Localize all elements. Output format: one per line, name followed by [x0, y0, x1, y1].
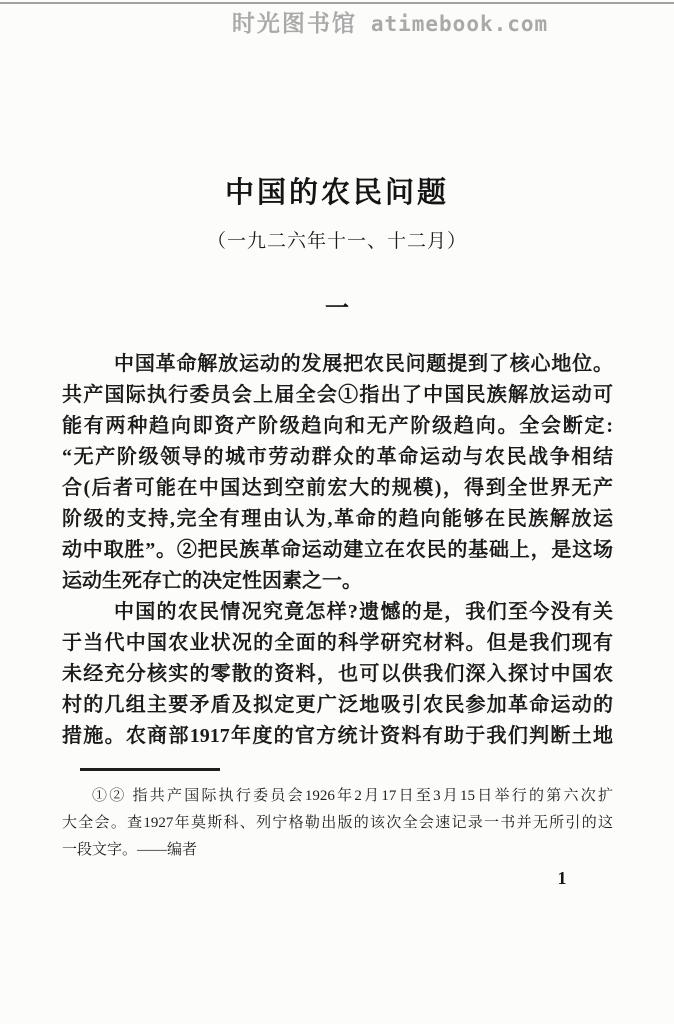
page-number: 1 — [550, 868, 574, 889]
text-line: 中国革命解放运动的发展把农民问题提到了核心地位。 — [62, 349, 613, 380]
header-watermark: 时光图书馆 atimebook.com — [0, 5, 674, 38]
text-line: “无产阶级领导的城市劳动群众的革命运动与农民战争相结 — [62, 442, 613, 473]
text-line: 未经充分核实的零散的资料，也可以供我们深入探讨中国农 — [62, 659, 613, 690]
text-line: 中国的农民情况究竟怎样?遗憾的是，我们至今没有关 — [62, 597, 613, 628]
footnote-divider — [80, 768, 220, 771]
section-marker: 一 — [0, 288, 674, 323]
watermark-site-text: atimebook.com — [371, 12, 548, 36]
page-subtitle: （一九二六年十一、十二月） — [0, 226, 674, 253]
footnote-line: ①② 指共产国际执行委员会1926年2月17日至3月15日举行的第六次扩 — [62, 783, 613, 810]
paragraph-1: 中国革命解放运动的发展把农民问题提到了核心地位。 共产国际执行委员会上届全会①指… — [62, 349, 613, 597]
paragraph-2: 中国的农民情况究竟怎样?遗憾的是，我们至今没有关 于当代中国农业状况的全面的科学… — [62, 597, 613, 752]
body-text: 中国革命解放运动的发展把农民问题提到了核心地位。 共产国际执行委员会上届全会①指… — [62, 349, 613, 752]
text-line: 运动生死存亡的决定性因素之一。 — [62, 566, 613, 597]
watermark-chinese-text: 时光图书馆 — [232, 11, 357, 37]
footnote-line: 大全会。查1927年莫斯科、列宁格勒出版的该次全会速记录一书并无所引的这 — [62, 810, 613, 837]
text-line: 合(后者可能在中国达到空前宏大的规模)，得到全世界无产 — [62, 473, 613, 504]
text-line: 共产国际执行委员会上届全会①指出了中国民族解放运动可 — [62, 380, 613, 411]
footnote-line: 一段文字。——编者 — [62, 837, 613, 864]
text-line: 村的几组主要矛盾及拟定更广泛地吸引农民参加革命运动的 — [62, 690, 613, 721]
footnote: ①② 指共产国际执行委员会1926年2月17日至3月15日举行的第六次扩 大全会… — [62, 783, 613, 864]
text-line: 于当代中国农业状况的全面的科学研究材料。但是我们现有 — [62, 628, 613, 659]
text-line: 能有两种趋向即资产阶级趋向和无产阶级趋向。全会断定: — [62, 411, 613, 442]
text-line: 动中取胜”。②把民族革命运动建立在农民的基础上，是这场 — [62, 535, 613, 566]
page-title: 中国的农民问题 — [0, 170, 674, 211]
text-line: 阶级的支持,完全有理由认为,革命的趋向能够在民族解放运 — [62, 504, 613, 535]
scan-top-edge — [0, 2, 674, 4]
text-line: 措施。农商部1917年度的官方统计资料有助于我们判断土地 — [62, 721, 613, 752]
